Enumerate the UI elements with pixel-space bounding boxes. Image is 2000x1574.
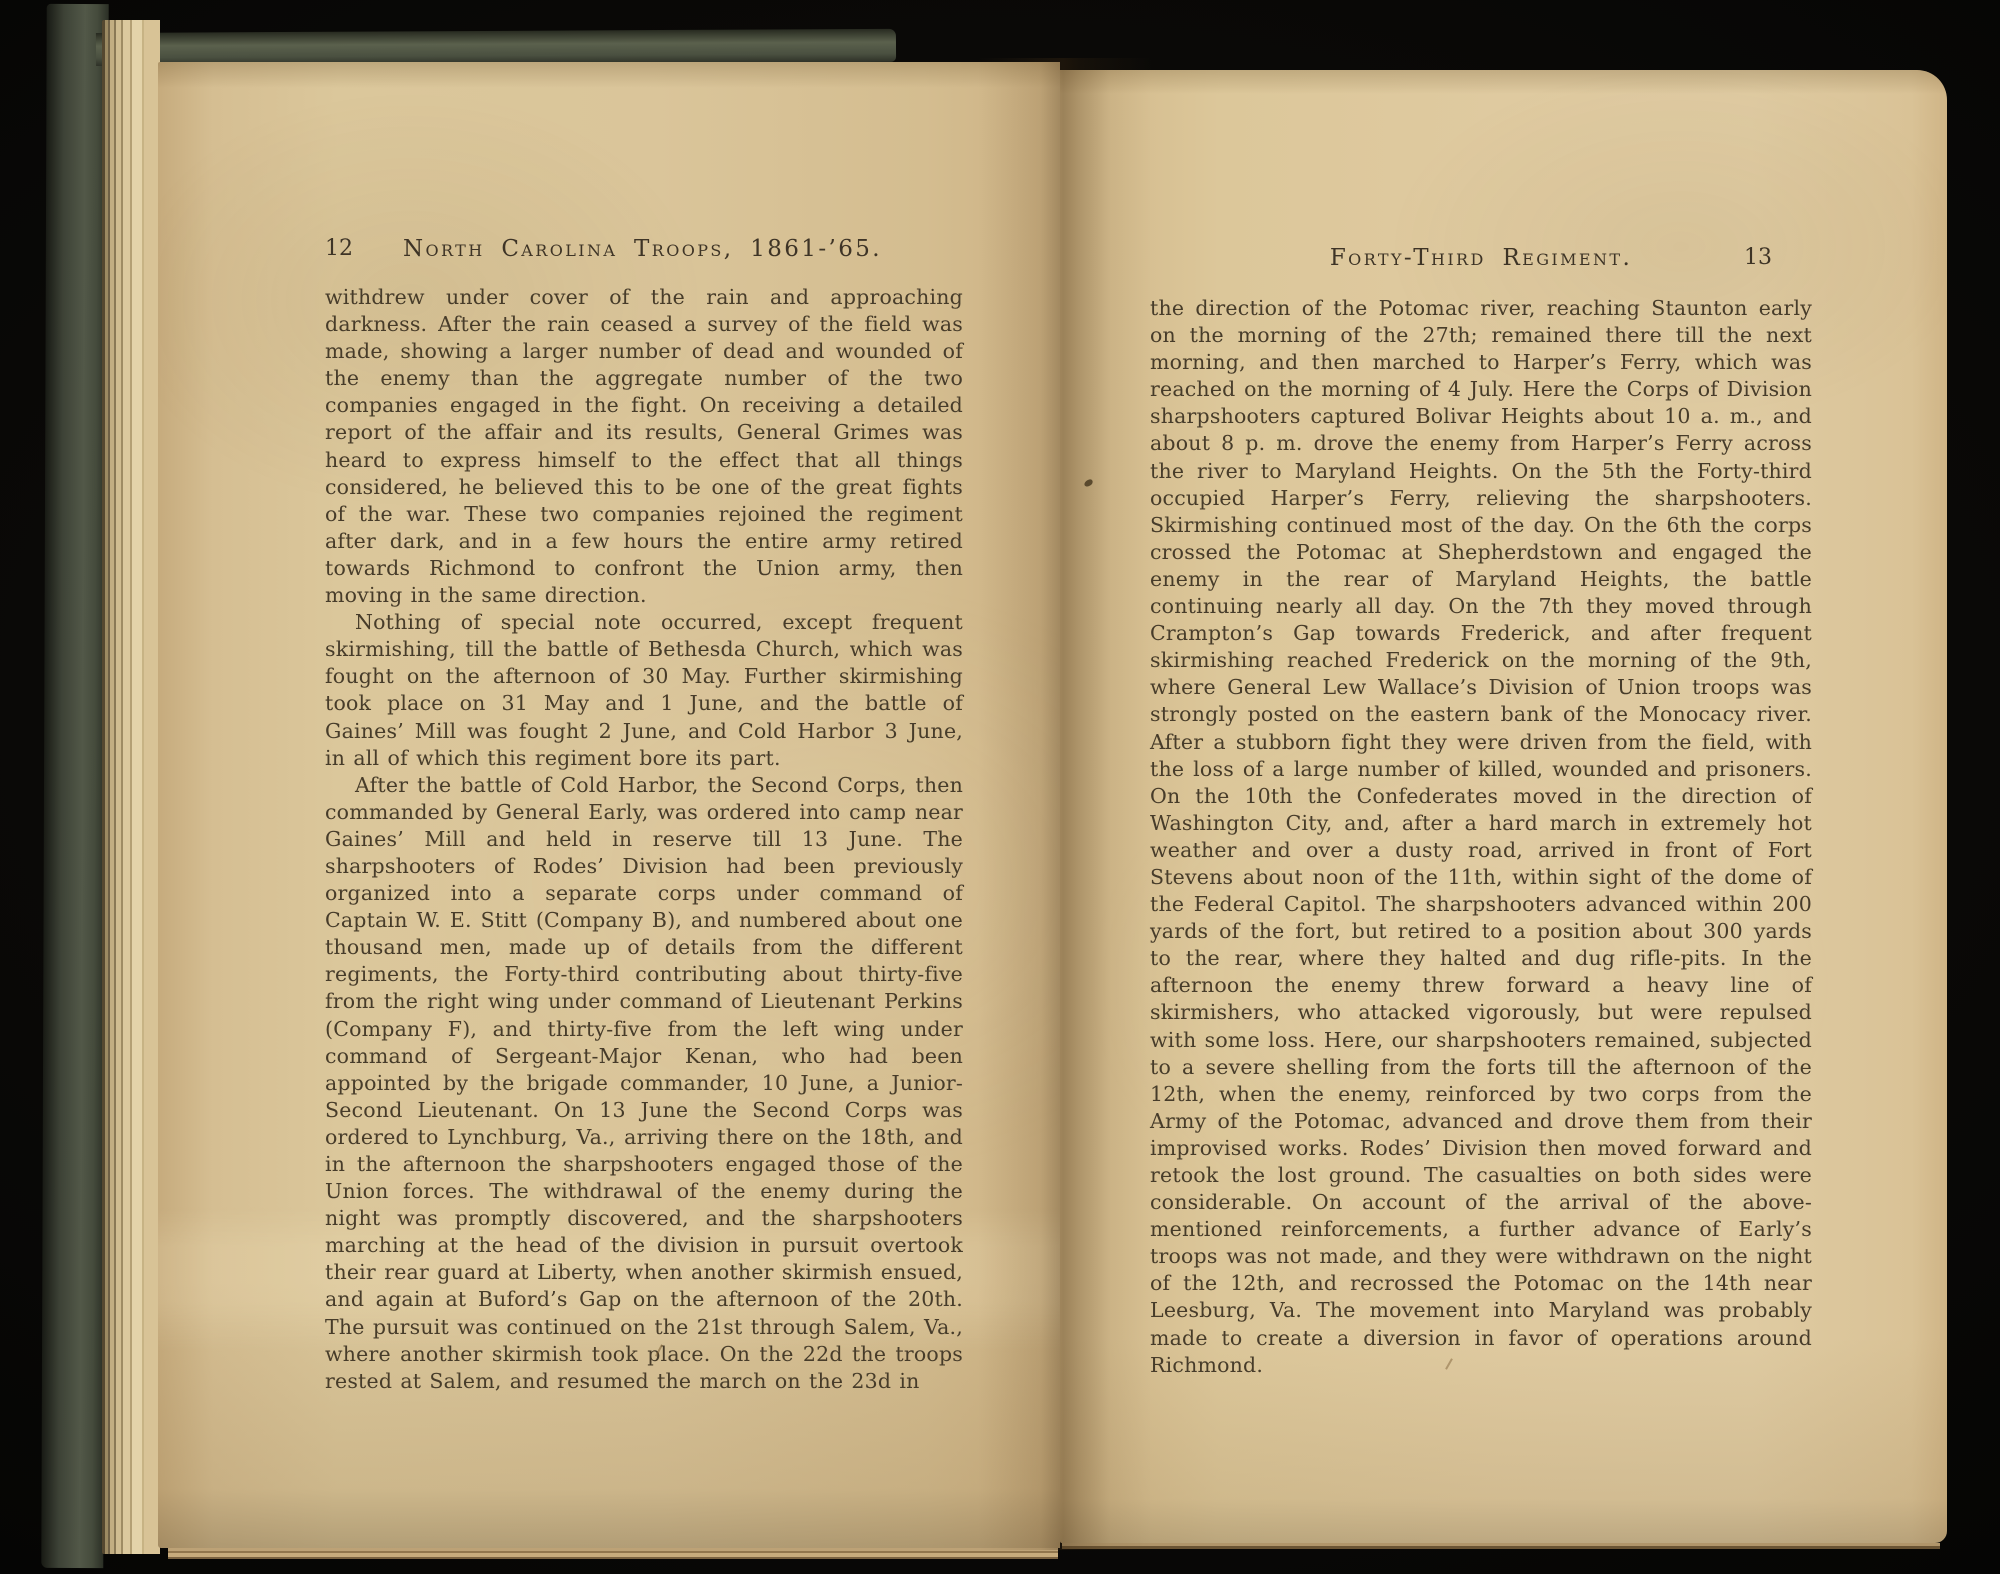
paragraph: withdrew under cover of the rain and app… <box>325 284 963 609</box>
page-stack-edge-left <box>168 1548 1058 1563</box>
paragraph: After the battle of Cold Harbor, the Sec… <box>325 772 963 1395</box>
book-cover-edge-top <box>96 29 896 66</box>
right-page: Forty-Third Regiment. 13 the direction o… <box>1060 70 1947 1543</box>
paragraph: Nothing of special note occurred, except… <box>325 609 963 772</box>
right-page-header: Forty-Third Regiment. 13 <box>1150 245 1812 277</box>
left-page: 12 North Carolina Troops, 1861-’65. with… <box>158 62 1060 1548</box>
right-page-body: the direction of the Potomac river, reac… <box>1150 295 1812 1379</box>
right-running-head: Forty-Third Regiment. <box>1150 245 1812 271</box>
left-page-body: withdrew under cover of the rain and app… <box>325 284 963 1395</box>
left-page-header: 12 North Carolina Troops, 1861-’65. <box>325 236 960 268</box>
right-page-number: 13 <box>1744 245 1772 270</box>
left-running-head: North Carolina Troops, 1861-’65. <box>325 236 960 262</box>
fanned-page-edges <box>102 20 160 1554</box>
book-cover-edge-left <box>41 4 108 1568</box>
open-book-scan: 12 North Carolina Troops, 1861-’65. with… <box>0 0 2000 1574</box>
paragraph: the direction of the Potomac river, reac… <box>1150 295 1812 1379</box>
page-stack-edge-right <box>1062 1543 1940 1552</box>
left-page-number: 12 <box>325 236 353 261</box>
